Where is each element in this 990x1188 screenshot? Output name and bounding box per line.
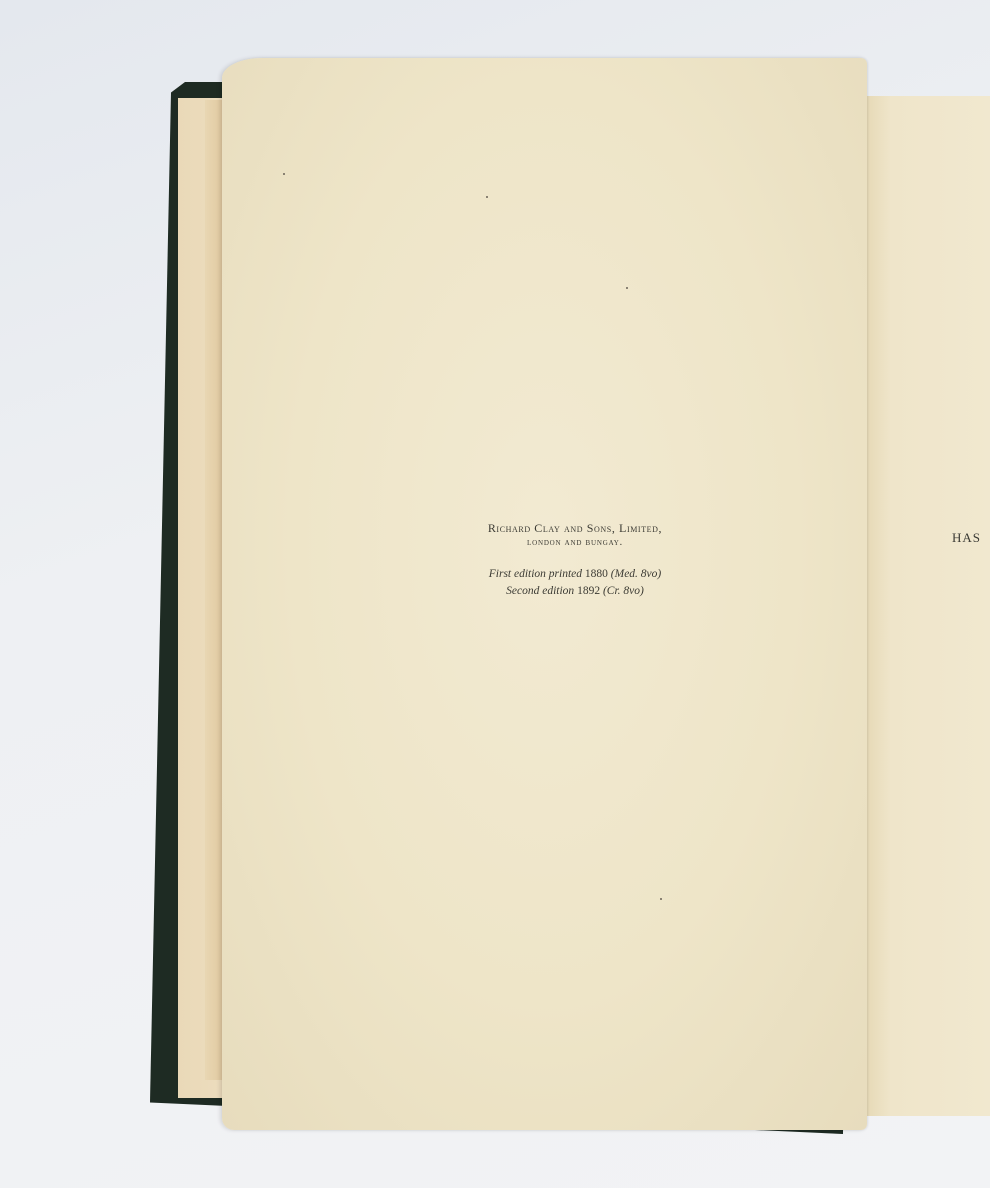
photo-scene: Richard Clay and Sons, Limited, London a…: [0, 0, 990, 1188]
right-page-text: HAS: [952, 530, 981, 546]
edition-history: First edition printed 1880 (Med. 8vo) Se…: [440, 566, 710, 600]
second-edition-format: (Cr. 8vo): [603, 585, 644, 597]
first-edition-year: 1880: [585, 568, 608, 580]
first-edition-format: (Med. 8vo): [611, 568, 661, 580]
printer-imprint: Richard Clay and Sons, Limited, London a…: [440, 520, 710, 600]
printer-name: Richard Clay and Sons, Limited,: [440, 520, 710, 536]
paper-speck: [626, 287, 628, 289]
printer-location: London and Bungay.: [440, 536, 710, 550]
second-edition-line: Second edition 1892 (Cr. 8vo): [440, 583, 710, 600]
first-edition-line: First edition printed 1880 (Med. 8vo): [440, 566, 710, 583]
right-page: [866, 96, 990, 1116]
second-edition-year: 1892: [577, 585, 600, 597]
first-edition-label: First edition printed: [489, 568, 582, 580]
second-edition-label: Second edition: [506, 585, 574, 597]
paper-speck: [486, 196, 488, 198]
paper-speck: [283, 173, 285, 175]
paper-speck: [660, 898, 662, 900]
